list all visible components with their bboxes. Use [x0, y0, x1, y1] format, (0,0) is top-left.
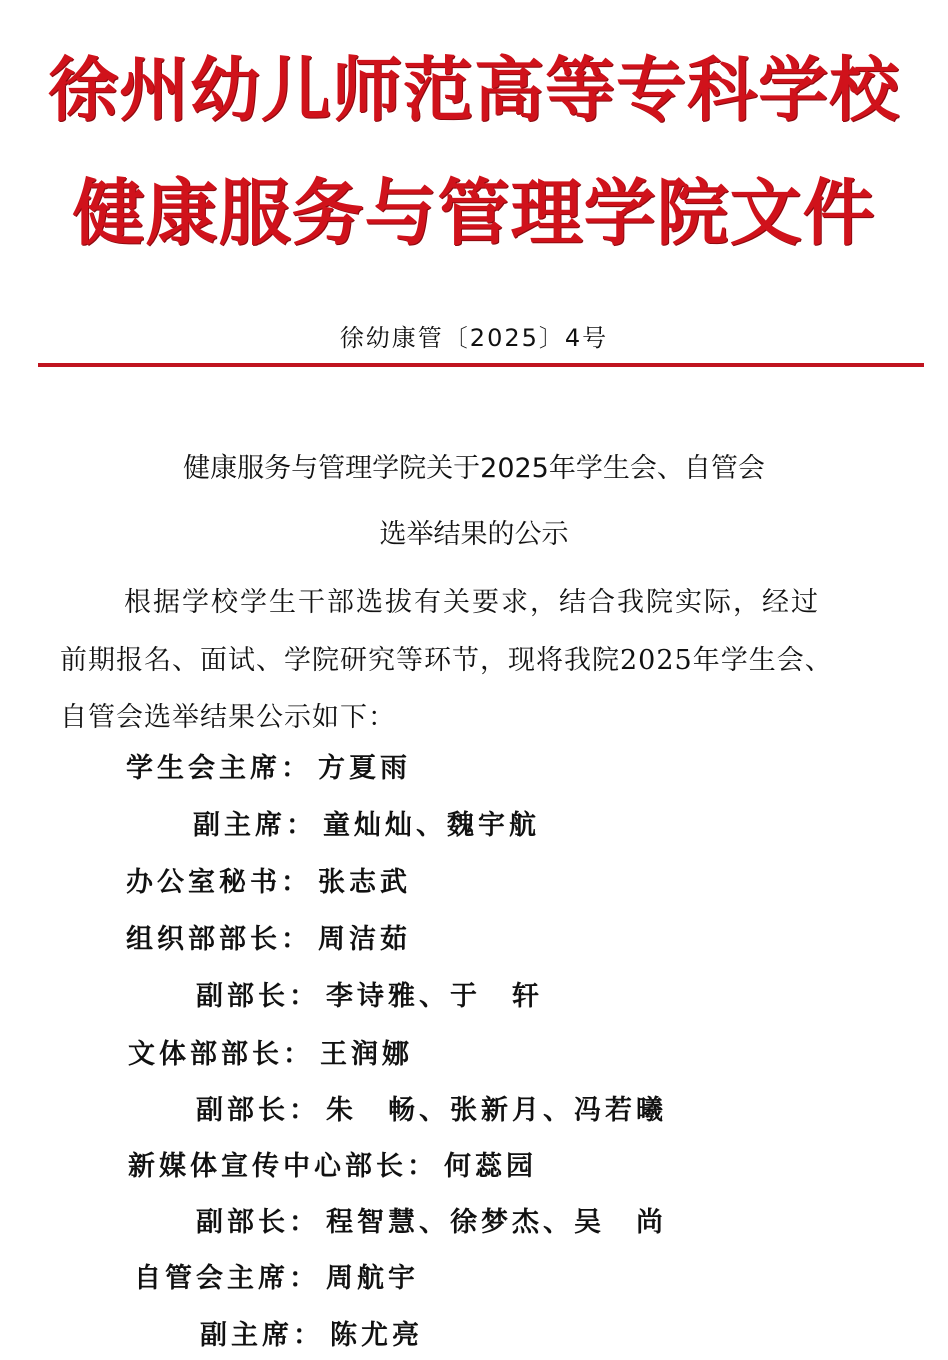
result-row-culture-sports-deputy: 副部长：朱 畅、张新月、冯若曦	[196, 1088, 667, 1127]
role-label: 副部长：	[196, 1095, 320, 1126]
result-row-self-management-chair: 自管会主席：周航宇	[134, 1256, 419, 1295]
role-names: 王润娜	[320, 1039, 413, 1070]
role-names: 方夏雨	[318, 753, 411, 784]
role-names: 李诗雅、于 轩	[326, 981, 543, 1012]
notice-title-line-1: 健康服务与管理学院关于2025年学生会、自管会	[0, 446, 948, 485]
result-row-new-media-head: 新媒体宣传中心部长：何蕊园	[128, 1144, 537, 1183]
role-names: 张志武	[318, 867, 411, 898]
role-label: 新媒体宣传中心部长：	[128, 1151, 438, 1182]
role-names: 童灿灿、魏宇航	[323, 810, 540, 841]
red-divider-line	[38, 363, 924, 367]
result-row-self-management-vice-chair: 副主席：陈尤亮	[200, 1313, 423, 1352]
role-label: 文体部部长：	[128, 1039, 314, 1070]
role-label: 办公室秘书：	[126, 867, 312, 898]
role-label: 副主席：	[193, 810, 317, 841]
institution-title: 徐州幼儿师范高等专科学校	[0, 48, 948, 132]
role-label: 副主席：	[200, 1320, 324, 1351]
document-header-title: 健康服务与管理学院文件	[0, 170, 948, 256]
role-names: 周航宇	[326, 1263, 419, 1294]
role-label: 自管会主席：	[134, 1263, 320, 1294]
role-names: 朱 畅、张新月、冯若曦	[326, 1095, 667, 1126]
result-row-student-union-chair: 学生会主席：方夏雨	[126, 746, 411, 785]
role-names: 周洁茹	[318, 924, 411, 955]
result-row-vice-chair: 副主席：童灿灿、魏宇航	[193, 803, 540, 842]
role-names: 程智慧、徐梦杰、吴 尚	[326, 1207, 667, 1238]
body-paragraph-line-3: 自管会选举结果公示如下：	[60, 695, 396, 734]
role-label: 组织部部长：	[126, 924, 312, 955]
role-label: 学生会主席：	[126, 753, 312, 784]
result-row-organization-head: 组织部部长：周洁茹	[126, 917, 411, 956]
role-names: 陈尤亮	[330, 1320, 423, 1351]
notice-title-line-2: 选举结果的公示	[0, 512, 948, 551]
document-number: 徐幼康管〔2025〕4号	[0, 318, 948, 353]
body-paragraph-line-2: 前期报名、面试、学院研究等环节，现将我院2025年学生会、	[60, 638, 833, 677]
result-row-organization-deputy: 副部长：李诗雅、于 轩	[196, 974, 543, 1013]
role-names: 何蕊园	[444, 1151, 537, 1182]
role-label: 副部长：	[196, 981, 320, 1012]
result-row-culture-sports-head: 文体部部长：王润娜	[128, 1032, 413, 1071]
body-paragraph-line-1: 根据学校学生干部选拔有关要求，结合我院实际，经过	[124, 580, 820, 619]
result-row-office-secretary: 办公室秘书：张志武	[126, 860, 411, 899]
result-row-new-media-deputy: 副部长：程智慧、徐梦杰、吴 尚	[196, 1200, 667, 1239]
role-label: 副部长：	[196, 1207, 320, 1238]
document-page: 徐州幼儿师范高等专科学校 健康服务与管理学院文件 徐幼康管〔2025〕4号 健康…	[0, 0, 948, 1360]
